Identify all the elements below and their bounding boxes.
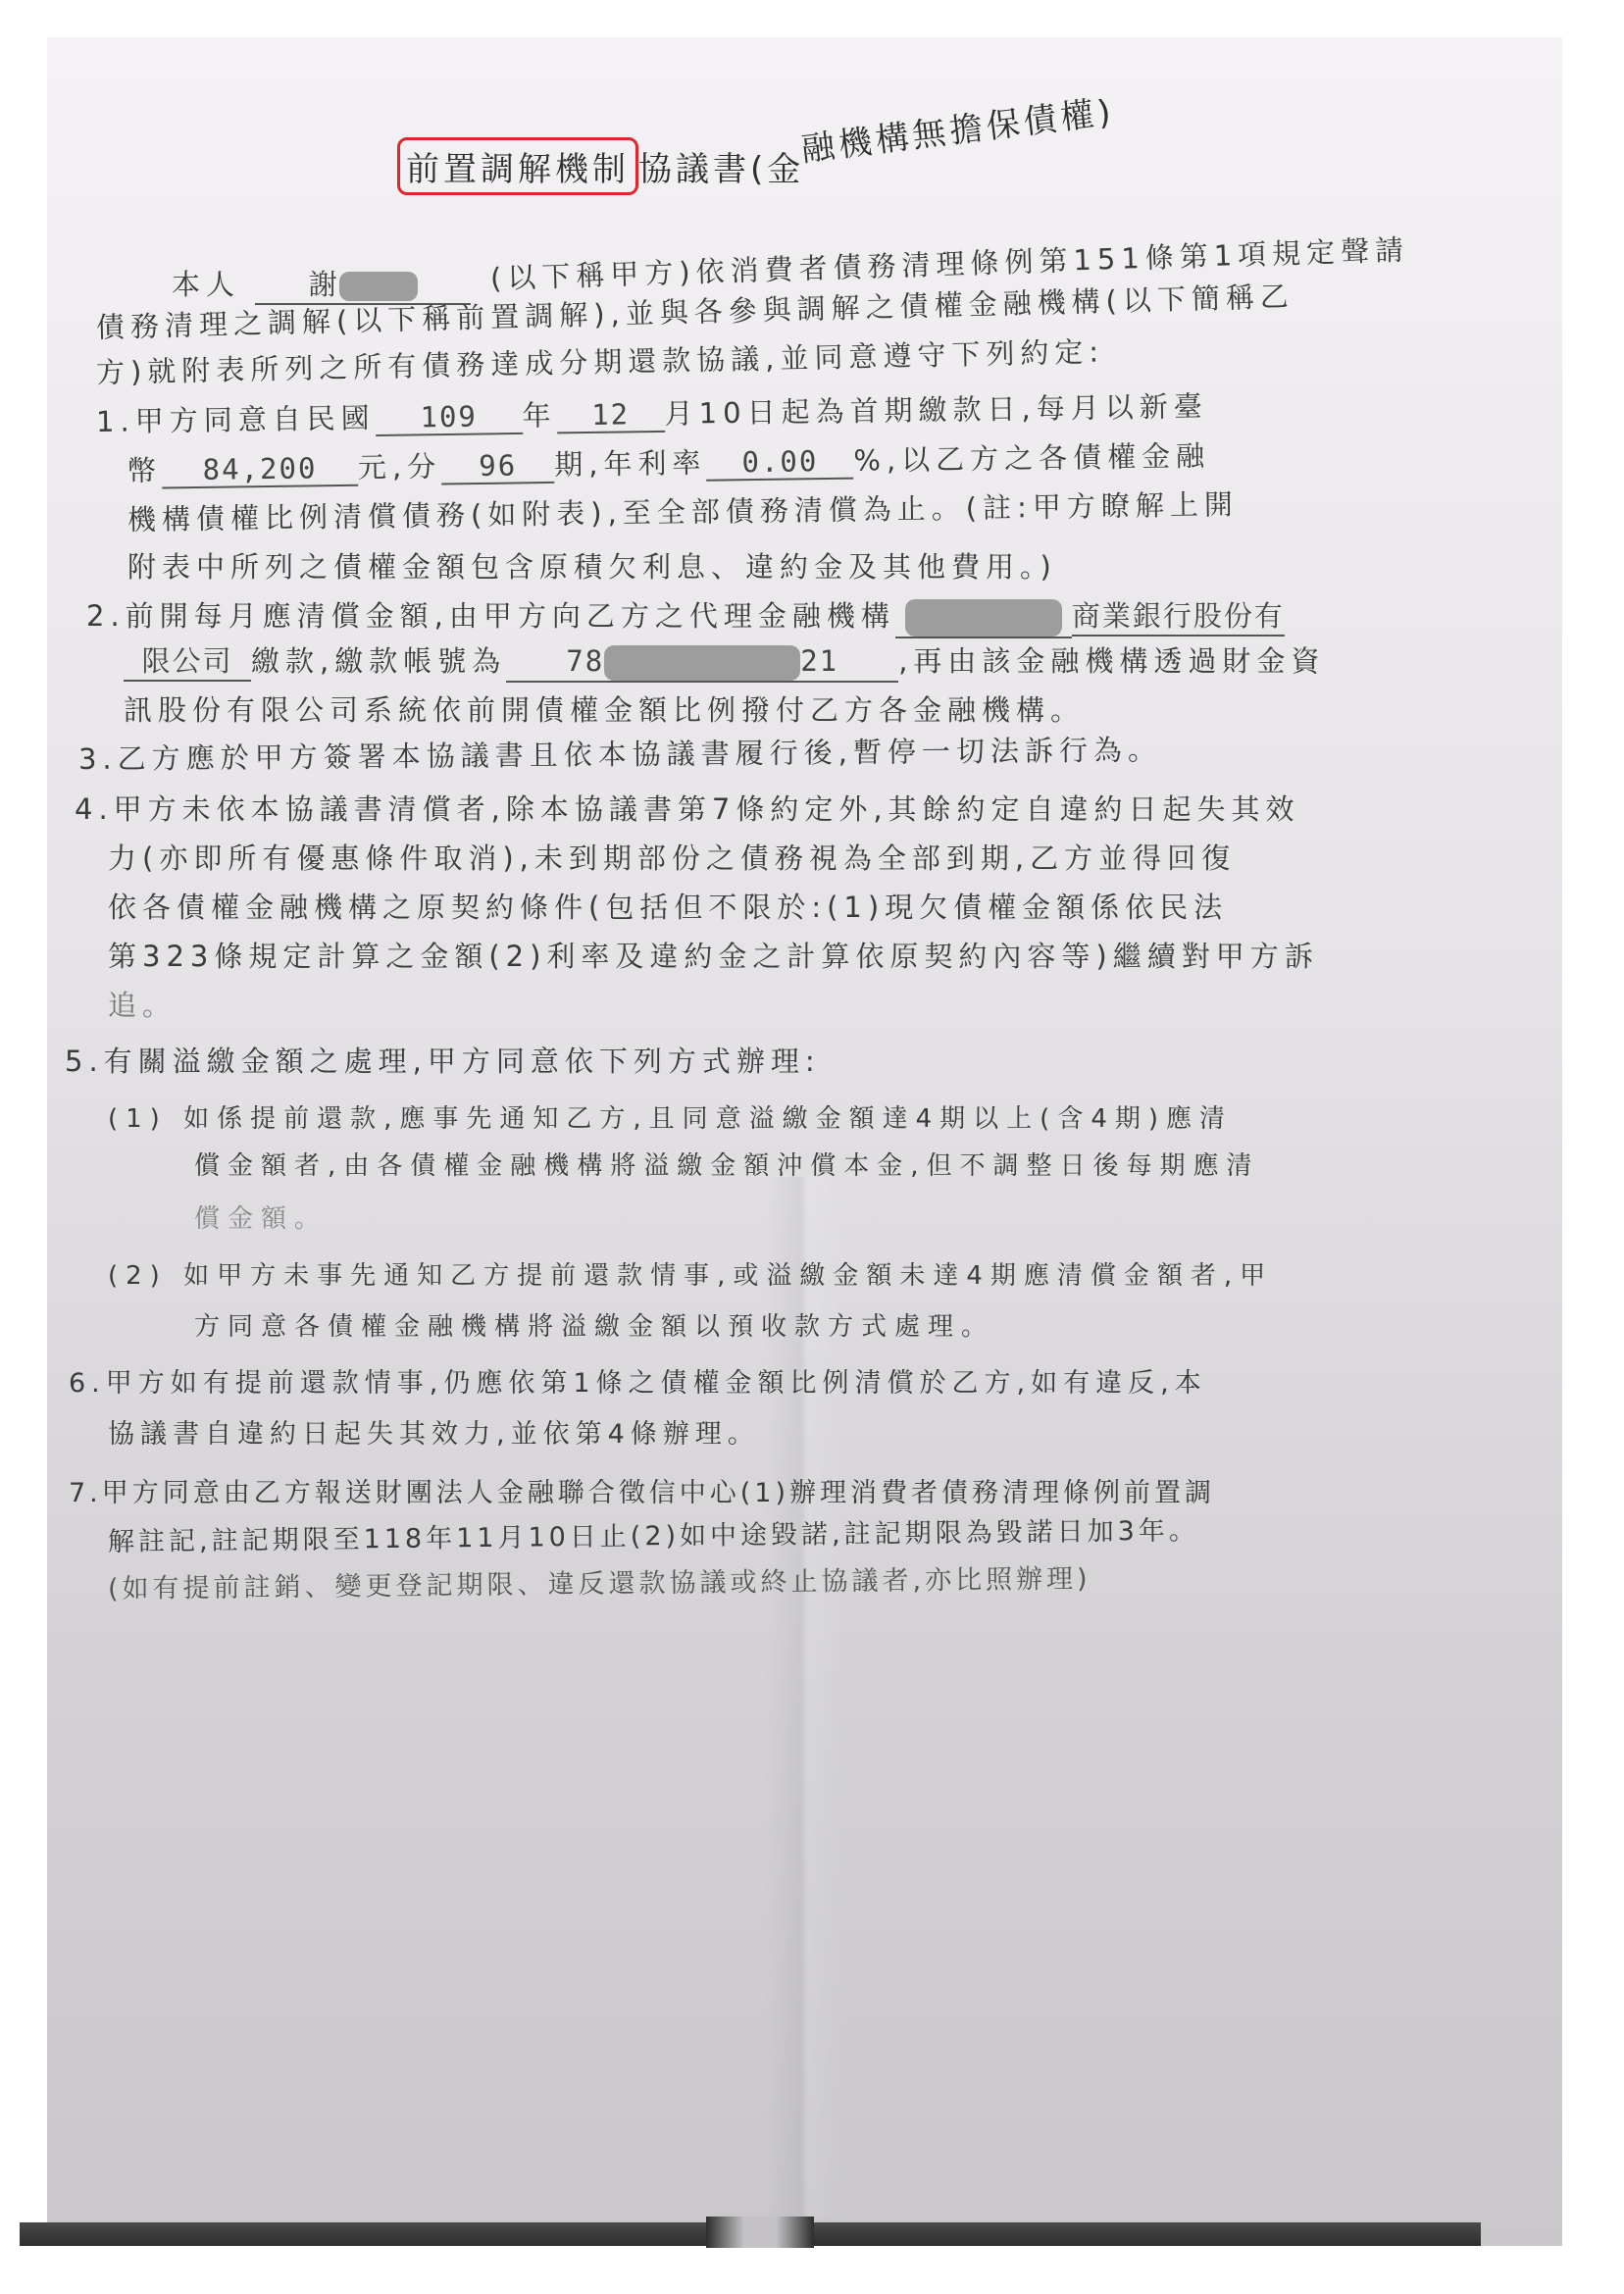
clause-5-item-1-line-1: (1) 如係提前還款,應事先通知乙方,且同意溢繳金額達4期以上(含4期)應清 — [108, 1098, 1233, 1135]
clause-text: %,以乙方之各債權金融 — [853, 439, 1210, 478]
amount-field: 84,200 — [162, 451, 358, 489]
item-label: (2) — [108, 1261, 168, 1291]
clause-text: 年 — [522, 398, 556, 432]
clause-2-line-3: 訊股份有限公司系統依前開債權金額比例撥付乙方各金融機構。 — [124, 688, 1085, 729]
item-text: 如係提前還款,應事先通知乙方,且同意溢繳金額達4期以上(含4期)應清 — [183, 1104, 1233, 1134]
clause-text: 幣 — [127, 454, 162, 487]
item-text: 如甲方未事先通知乙方提前還款情事,或溢繳金額未達4期應清償金額者,甲 — [183, 1261, 1273, 1291]
clause-number: 2. — [86, 599, 126, 633]
clause-text: 月10日起為首期繳款日,每月以新臺 — [664, 389, 1208, 431]
clause-2-line-1: 2.前開每月應清償金額,由甲方向乙方之代理金融機構商業銀行股份有 — [86, 594, 1285, 638]
clause-text: 甲方未依本協議書清償者,除本協議書第7條約定外,其餘約定自違約日起失其效 — [114, 792, 1300, 826]
clause-5-line-1: 5.有關溢繳金額之處理,甲方同意依下列方式辦理: — [65, 1040, 821, 1080]
clause-text: 繳款,繳款帳號為 — [251, 644, 506, 678]
title-highlight-box: 前置調解機制 — [397, 137, 638, 195]
clause-6-line-1: 6.甲方如有提前還款情事,仍應依第1條之債權金額比例清償於乙方,如有違反,本 — [69, 1361, 1207, 1400]
clause-5-item-2-line-2: 方同意各債權金融機構將溢繳金額以預收款方式處理。 — [194, 1306, 994, 1343]
clause-text: 期,年利率 — [554, 446, 707, 482]
clause-5-item-2-line-1: (2) 如甲方未事先通知乙方提前還款情事,或溢繳金額未達4期應清償金額者,甲 — [108, 1255, 1273, 1292]
item-label: (1) — [108, 1104, 168, 1134]
rate-field: 0.00 — [706, 444, 853, 482]
periods-field: 96 — [441, 448, 554, 485]
bank-suffix-cont: 限公司 — [124, 639, 251, 682]
year-field: 109 — [375, 399, 522, 436]
clause-1-line-4: 附表中所列之債權金額包含原積欠利息、違約金及其他費用。) — [127, 545, 1057, 586]
redacted-bank-name — [905, 599, 1062, 637]
clause-text: 乙方應於甲方簽署本協議書且依本協議書履行後,暫停一切法訴行為。 — [118, 733, 1162, 775]
clause-7-line-1: 7.甲方同意由乙方報送財團法人金融聯合徵信中心(1)辦理消費者債務清理條例前置調 — [69, 1471, 1215, 1509]
clause-4-line-1: 4.甲方未依本協議書清償者,除本協議書第7條約定外,其餘約定自違約日起失其效 — [75, 788, 1300, 828]
redacted-account — [604, 645, 800, 681]
clause-text: ,再由該金融機構透過財金資 — [898, 644, 1325, 678]
name-visible: 謝 — [309, 268, 339, 301]
bank-name-field — [895, 599, 1072, 638]
clause-4-line-5: 追。 — [108, 984, 177, 1024]
bank-suffix: 商業銀行股份有 — [1072, 594, 1285, 637]
intro-prefix: 本人 — [172, 268, 240, 301]
clause-text: 甲方同意由乙方報送財團法人金融聯合徵信中心(1)辦理消費者債務清理條例前置調 — [102, 1478, 1215, 1508]
clause-number: 1. — [96, 404, 135, 438]
clause-number: 3. — [78, 742, 118, 776]
clause-2-line-2: 限公司繳款,繳款帳號為7821,再由該金融機構透過財金資 — [124, 639, 1325, 683]
redacted-name — [339, 272, 418, 301]
month-field: 12 — [556, 397, 664, 434]
clause-6-line-2: 協議書自違約日起失其效力,並依第4條辦理。 — [108, 1412, 760, 1451]
title-rest: 協議書(金 — [638, 150, 804, 189]
clause-4-line-4: 第323條規定計算之金額(2)利率及違約金之計算依原契約內容等)繼續對甲方訴 — [108, 935, 1319, 975]
clause-number: 4. — [75, 792, 114, 826]
clause-text: 甲方同意自民國 — [134, 401, 375, 437]
account-prefix: 78 — [566, 644, 604, 678]
clause-number: 5. — [65, 1045, 104, 1078]
clause-text: 前開每月應清償金額,由甲方向乙方之代理金融機構 — [126, 599, 895, 633]
clause-4-line-2: 力(亦即所有優惠條件取消),未到期部份之債務視為全部到期,乙方並得回復 — [108, 837, 1236, 877]
clause-text: 有關溢繳金額之處理,甲方同意依下列方式辦理: — [104, 1045, 821, 1078]
fold-gap — [706, 2217, 814, 2248]
account-suffix: 21 — [800, 644, 838, 678]
clause-text: 甲方如有提前還款情事,仍應依第1條之債權金額比例清償於乙方,如有違反,本 — [106, 1368, 1207, 1399]
clause-number: 6. — [69, 1368, 106, 1399]
title-highlighted-text: 前置調解機制 — [406, 150, 630, 189]
clause-5-item-1-line-3: 償金額。 — [194, 1198, 328, 1235]
clause-5-item-1-line-2: 償金額者,由各債權金融機構將溢繳金額沖償本金,但不調整日後每期應清 — [194, 1146, 1260, 1182]
clause-text: 元,分 — [358, 450, 442, 484]
clause-4-line-3: 依各債權金融機構之原契約條件(包括但不限於:(1)現欠債權金額係依民法 — [108, 886, 1228, 926]
clause-number: 7. — [69, 1478, 102, 1508]
account-field: 7821 — [506, 644, 898, 683]
scan-bottom-shadow — [20, 2222, 1481, 2246]
document-title: 前置調解機制協議書(金 — [397, 137, 804, 195]
